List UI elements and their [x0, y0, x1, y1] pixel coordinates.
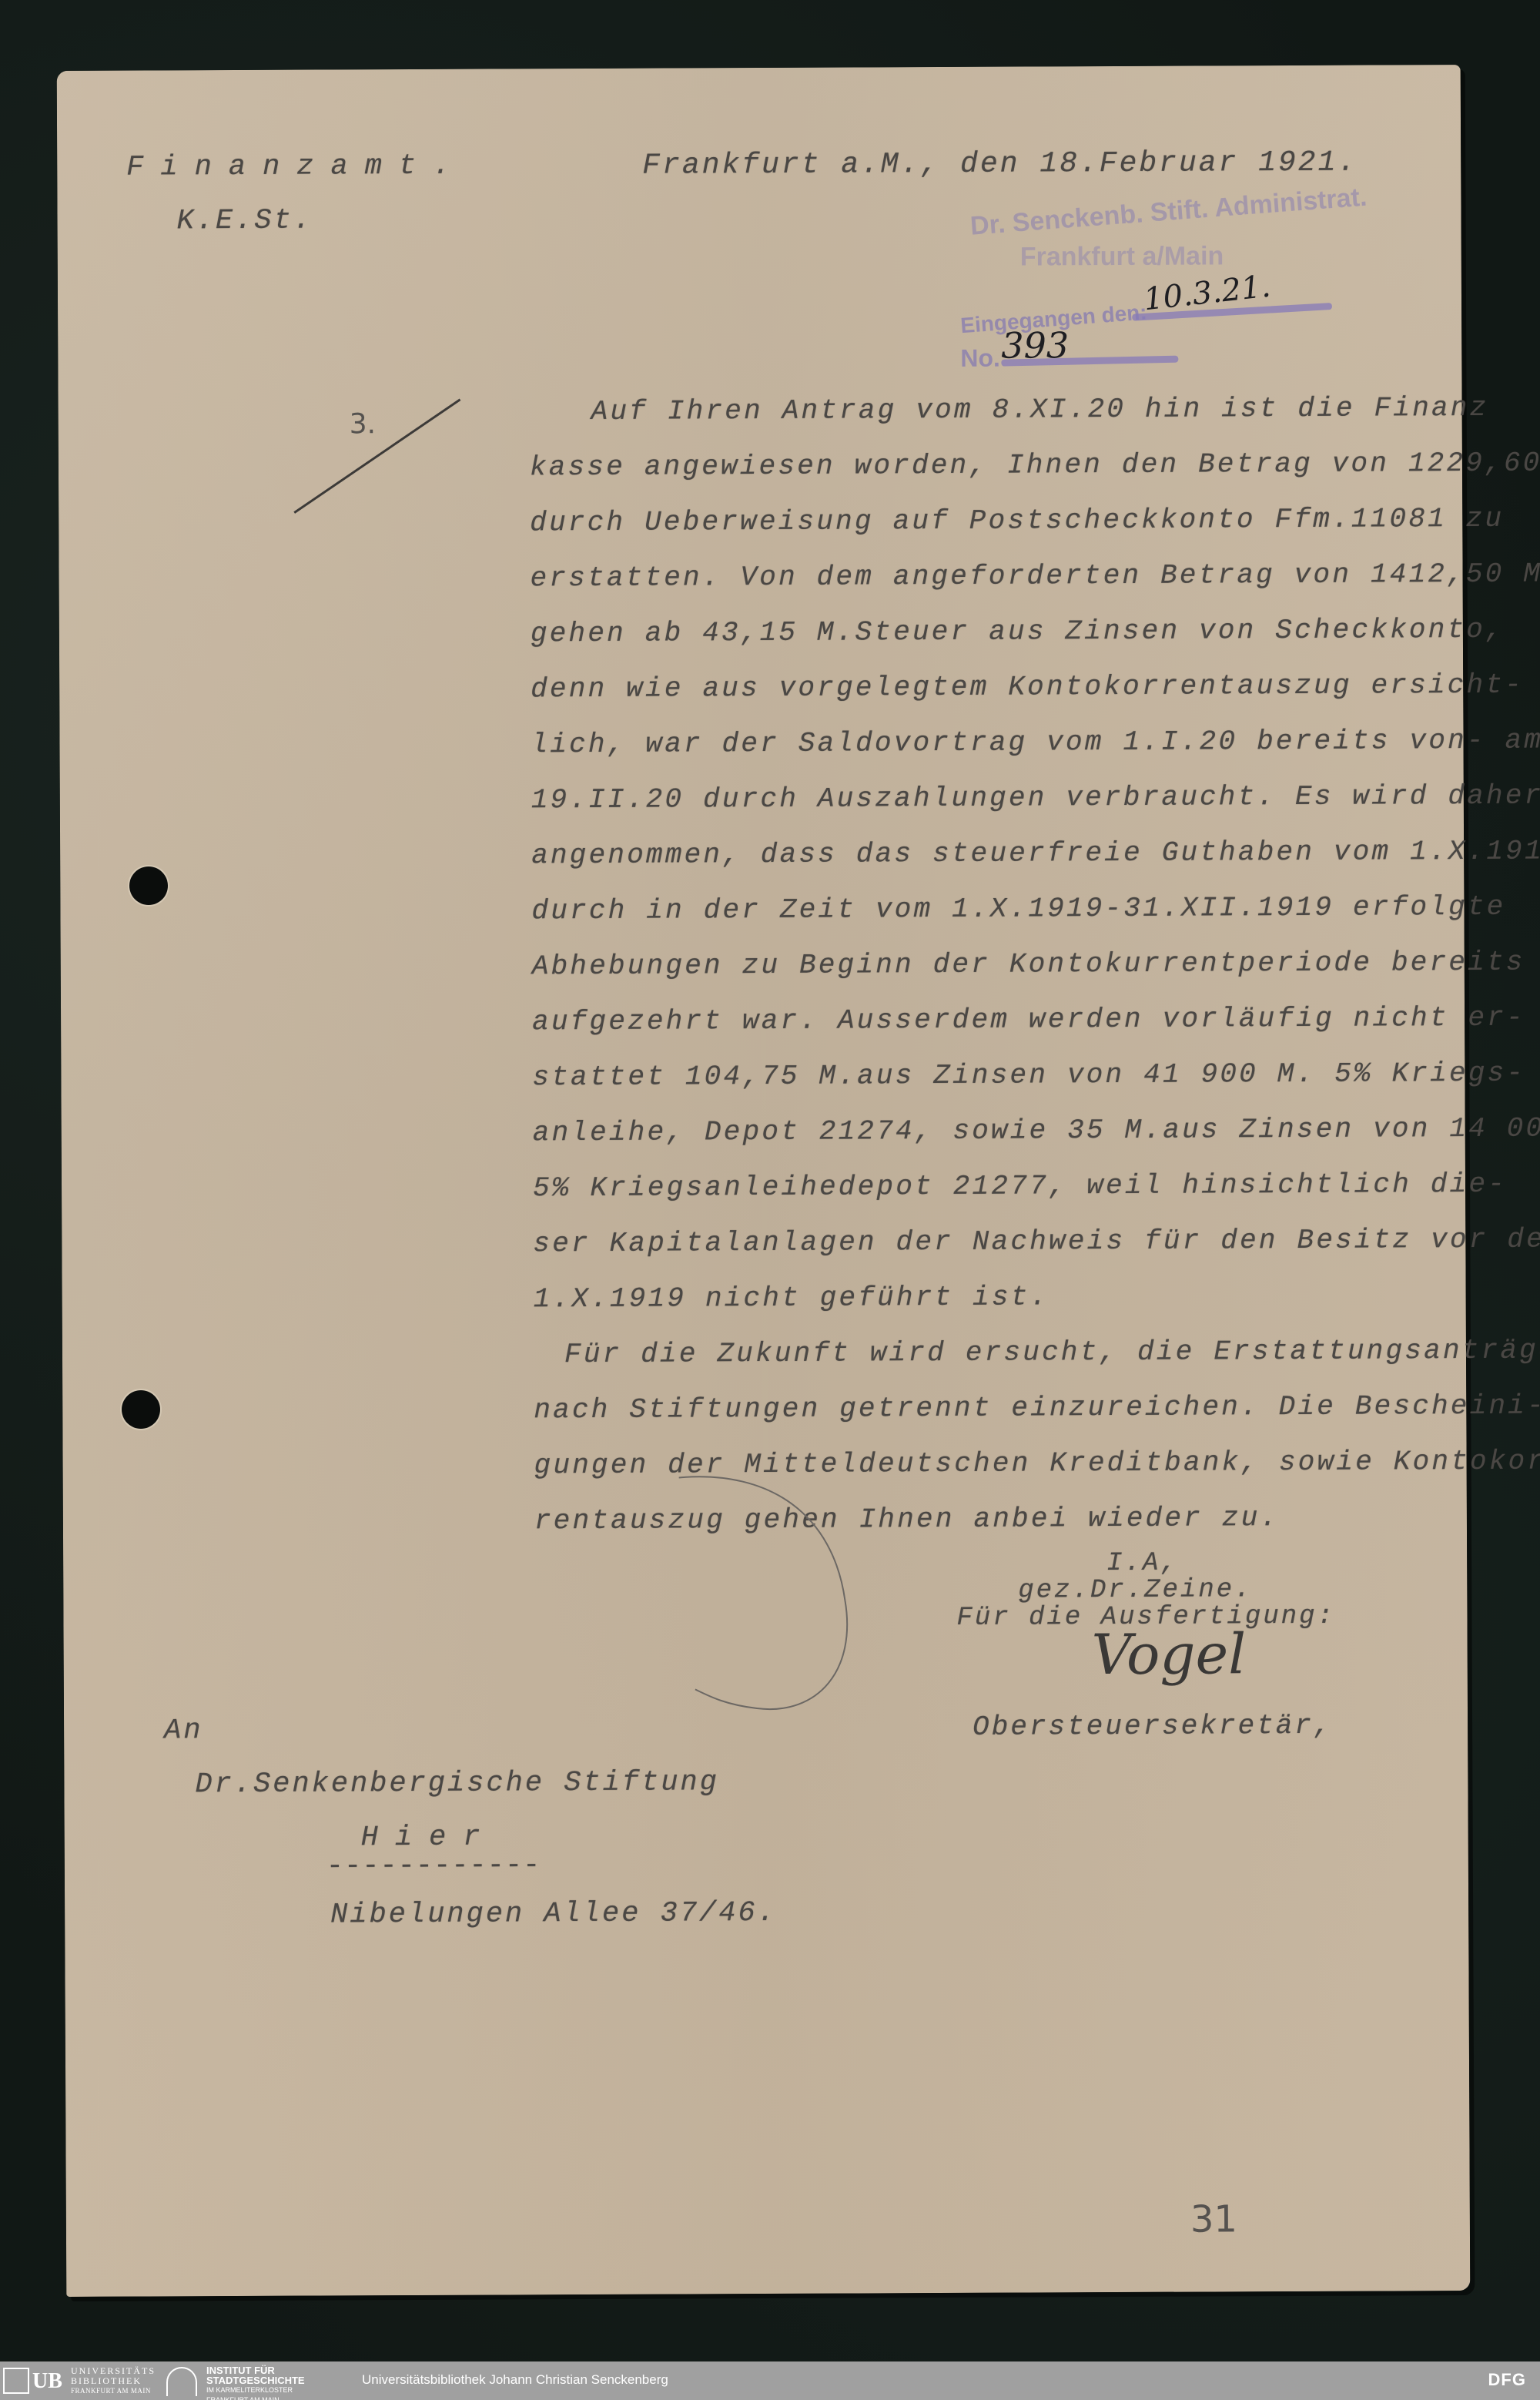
body-line: nach Stiftungen getrennt einzureichen. D… — [534, 1390, 1540, 1426]
body-line: denn wie aus vorgelegtem Kontokorrentaus… — [531, 669, 1524, 706]
body-line: durch in der Zeit vom 1.X.1919-31.XII.19… — [531, 891, 1505, 927]
handwritten-signature: Vogel — [1092, 1621, 1247, 1687]
body-line: anleihe, Depot 21274, sowie 35 M.aus Zin… — [533, 1112, 1540, 1148]
body-line: Auf Ihren Antrag vom 8.XI.20 hin ist die… — [591, 392, 1489, 427]
dfg-logo: DFG — [1488, 2370, 1526, 2390]
sender-office: Finanzamt. — [126, 150, 467, 184]
punch-hole-bottom — [122, 1390, 160, 1429]
margin-stroke — [290, 397, 467, 521]
closing-signed-by: gez.Dr.Zeine. — [1018, 1575, 1252, 1605]
stamp-line-2: Frankfurt a/Main — [1020, 241, 1224, 272]
body-line: 19.II.20 durch Auszahlungen verbraucht. … — [531, 780, 1540, 816]
body-line: durch Ueberweisung auf Postscheckkonto F… — [530, 503, 1504, 539]
body-line: Abhebungen zu Beginn der Kontokurrentper… — [532, 947, 1525, 983]
ub-line-2: BIBLIOTHEK — [71, 2376, 156, 2386]
body-line: 5% Kriegsanleihedepot 21277, weil hinsic… — [533, 1168, 1507, 1205]
recipient-name: Dr.Senkenbergische Stiftung — [195, 1766, 719, 1801]
body-line: Für die Zukunft wird ersucht, die Erstat… — [564, 1335, 1540, 1371]
body-line: rentauszug gehen Ihnen anbei wieder zu. — [534, 1502, 1280, 1537]
recipient-prefix: An — [164, 1715, 203, 1747]
recipient-address: Nibelungen Allee 37/46. — [330, 1897, 777, 1932]
recipient-underline: ------------ — [326, 1849, 541, 1882]
stamp-number-label: No. — [960, 344, 1000, 373]
isg-line-4: FRANKFURT AM MAIN — [206, 2395, 305, 2400]
body-line: kasse angewiesen worden, Ihnen den Betra… — [530, 447, 1540, 483]
library-title: Universitätsbibliothek Johann Christian … — [362, 2372, 668, 2388]
body-line: lich, war der Saldovortrag vom 1.I.20 be… — [531, 725, 1540, 761]
ub-logo-text: UNIVERSITÄTS BIBLIOTHEK FRANKFURT AM MAI… — [71, 2366, 156, 2396]
sender-department: K.E.St. — [176, 205, 313, 238]
closing-ia: I.A, — [1106, 1549, 1179, 1578]
body-line: stattet 104,75 M.aus Zinsen von 41 900 M… — [532, 1058, 1525, 1094]
body-line: aufgezehrt war. Ausserdem werden vorläuf… — [532, 1002, 1525, 1038]
closing-title: Obersteuersekretär, — [973, 1710, 1333, 1743]
isg-arch-icon — [166, 2367, 197, 2396]
ub-line-3: FRANKFURT AM MAIN — [71, 2386, 156, 2396]
isg-line-2: STADTGESCHICHTE — [206, 2375, 305, 2385]
body-line: 1.X.1919 nicht geführt ist. — [534, 1281, 1050, 1315]
folio-number: 31 — [1190, 2197, 1237, 2241]
pencil-loop — [664, 1469, 880, 1724]
body-line: gehen ab 43,15 M.Steuer aus Zinsen von S… — [531, 614, 1505, 650]
isg-logo-text: INSTITUT FÜR STADTGESCHICHTE IM KARMELIT… — [206, 2365, 305, 2400]
document-page: Finanzamt. K.E.St. Frankfurt a.M., den 1… — [57, 65, 1471, 2297]
ub-logo-icon — [3, 2368, 29, 2394]
viewer-footer: UB UNIVERSITÄTS BIBLIOTHEK FRANKFURT AM … — [0, 2361, 1540, 2400]
isg-line-3: IM KARMELITERKLOSTER — [206, 2385, 305, 2395]
punch-hole-top — [129, 866, 168, 905]
stamp-line-1: Dr. Senckenb. Stift. Administrat. — [969, 183, 1368, 242]
body-line: ser Kapitalanlagen der Nachweis für den … — [533, 1223, 1540, 1259]
ub-logo-letters: UB — [32, 2369, 62, 2394]
body-line: angenommen, dass das steuerfreie Guthabe… — [531, 835, 1540, 871]
body-line: erstatten. Von dem angeforderten Betrag … — [530, 558, 1540, 594]
place-date: Frankfurt a.M., den 18.Februar 1921. — [642, 146, 1358, 183]
